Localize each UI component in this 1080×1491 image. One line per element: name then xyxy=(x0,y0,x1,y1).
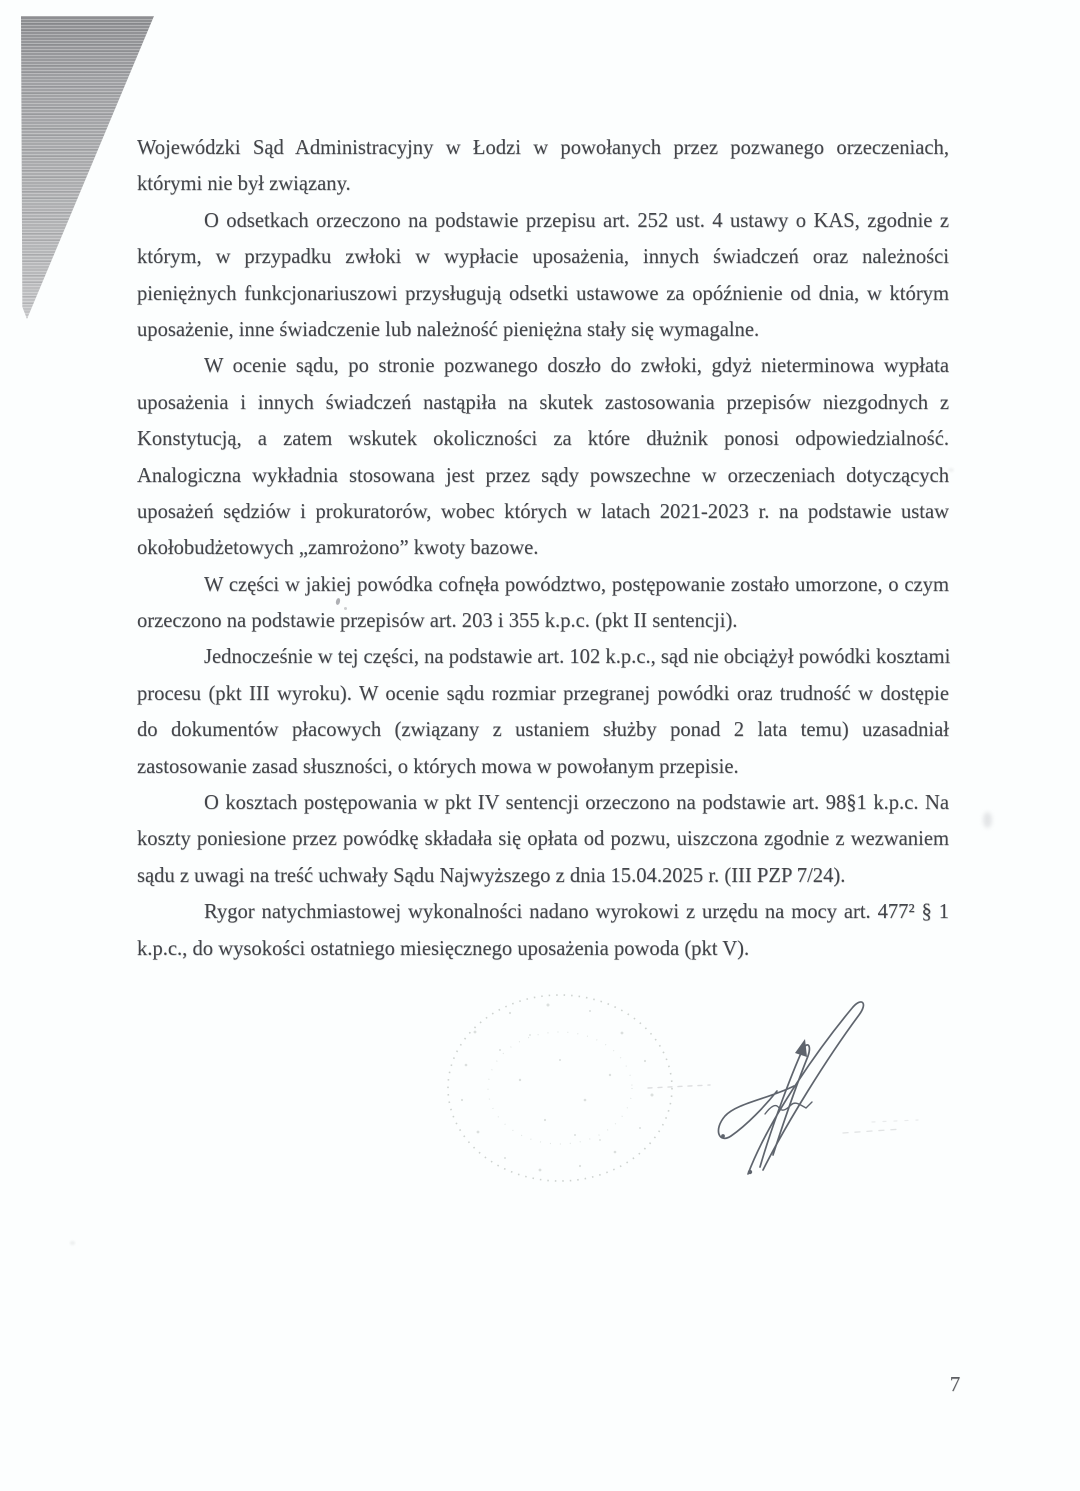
text-line: zastosowanie zasad słuszności, o których… xyxy=(137,749,949,785)
text-line: uposażeń sędziów i prokuratorów, wobec k… xyxy=(137,494,949,530)
text-line: Konstytucją, a zatem wskutek okolicznośc… xyxy=(137,421,949,457)
text-line: którymi nie był związany. xyxy=(137,166,949,202)
text-line: orzeczono na podstawie przepisów art. 20… xyxy=(137,603,949,639)
text-line: O odsetkach orzeczono na podstawie przep… xyxy=(137,203,949,239)
text-line: do dokumentów płacowych (związany z usta… xyxy=(137,712,949,748)
text-line: sądu z uwagi na treść uchwały Sądu Najwy… xyxy=(137,858,949,894)
court-stamp-faint xyxy=(448,995,672,1181)
text-line: którym, w przypadku zwłoki w wypłacie up… xyxy=(137,239,949,275)
scan-streaks xyxy=(648,1085,918,1133)
page-number: 7 xyxy=(940,1372,970,1397)
text-line: W ocenie sądu, po stronie pozwanego dosz… xyxy=(137,348,949,384)
text-line: koszty poniesione przez powódkę składała… xyxy=(137,821,949,857)
paragraph: W części w jakiej powódka cofnęła powódz… xyxy=(137,567,949,640)
paragraph: O kosztach postępowania w pkt IV sentenc… xyxy=(137,785,949,894)
text-line: Wojewódzki Sąd Administracyjny w Łodzi w… xyxy=(137,130,949,166)
text-line: Rygor natychmiastowej wykonalności nadan… xyxy=(137,894,949,930)
scan-fold-artifact xyxy=(21,16,154,319)
paragraph: O odsetkach orzeczono na podstawie przep… xyxy=(137,203,949,349)
paragraph: Rygor natychmiastowej wykonalności nadan… xyxy=(137,894,949,967)
text-line: Analogiczna wykładnia stosowana jest prz… xyxy=(137,458,949,494)
text-line: okołobudżetowych „zamrożono” kwoty bazow… xyxy=(137,530,949,566)
text-line: uposażenie, inne świadczenie lub należno… xyxy=(137,312,949,348)
text-line: W części w jakiej powódka cofnęła powódz… xyxy=(137,567,949,603)
text-line: Jednocześnie w tej części, na podstawie … xyxy=(137,639,949,675)
paragraph: W ocenie sądu, po stronie pozwanego dosz… xyxy=(137,348,949,566)
judgment-body-text: Wojewódzki Sąd Administracyjny w Łodzi w… xyxy=(137,130,949,967)
scan-speck xyxy=(70,1241,75,1245)
text-line: uposażenia i innych świadczeń nastąpiła … xyxy=(137,385,949,421)
scanned-court-document-page: Wojewódzki Sąd Administracyjny w Łodzi w… xyxy=(0,0,1080,1491)
text-line: pieniężnych funkcjonariuszowi przysługuj… xyxy=(137,276,949,312)
text-line: O kosztach postępowania w pkt IV sentenc… xyxy=(137,785,949,821)
paragraph: Jednocześnie w tej części, na podstawie … xyxy=(137,639,949,785)
paragraph: Wojewódzki Sąd Administracyjny w Łodzi w… xyxy=(137,130,949,203)
text-line: k.p.c., do wysokości ostatniego miesięcz… xyxy=(137,931,949,967)
signature xyxy=(718,1002,863,1174)
text-line: procesu (pkt III wyroku). W ocenie sądu … xyxy=(137,676,949,712)
scan-speck xyxy=(983,812,992,828)
